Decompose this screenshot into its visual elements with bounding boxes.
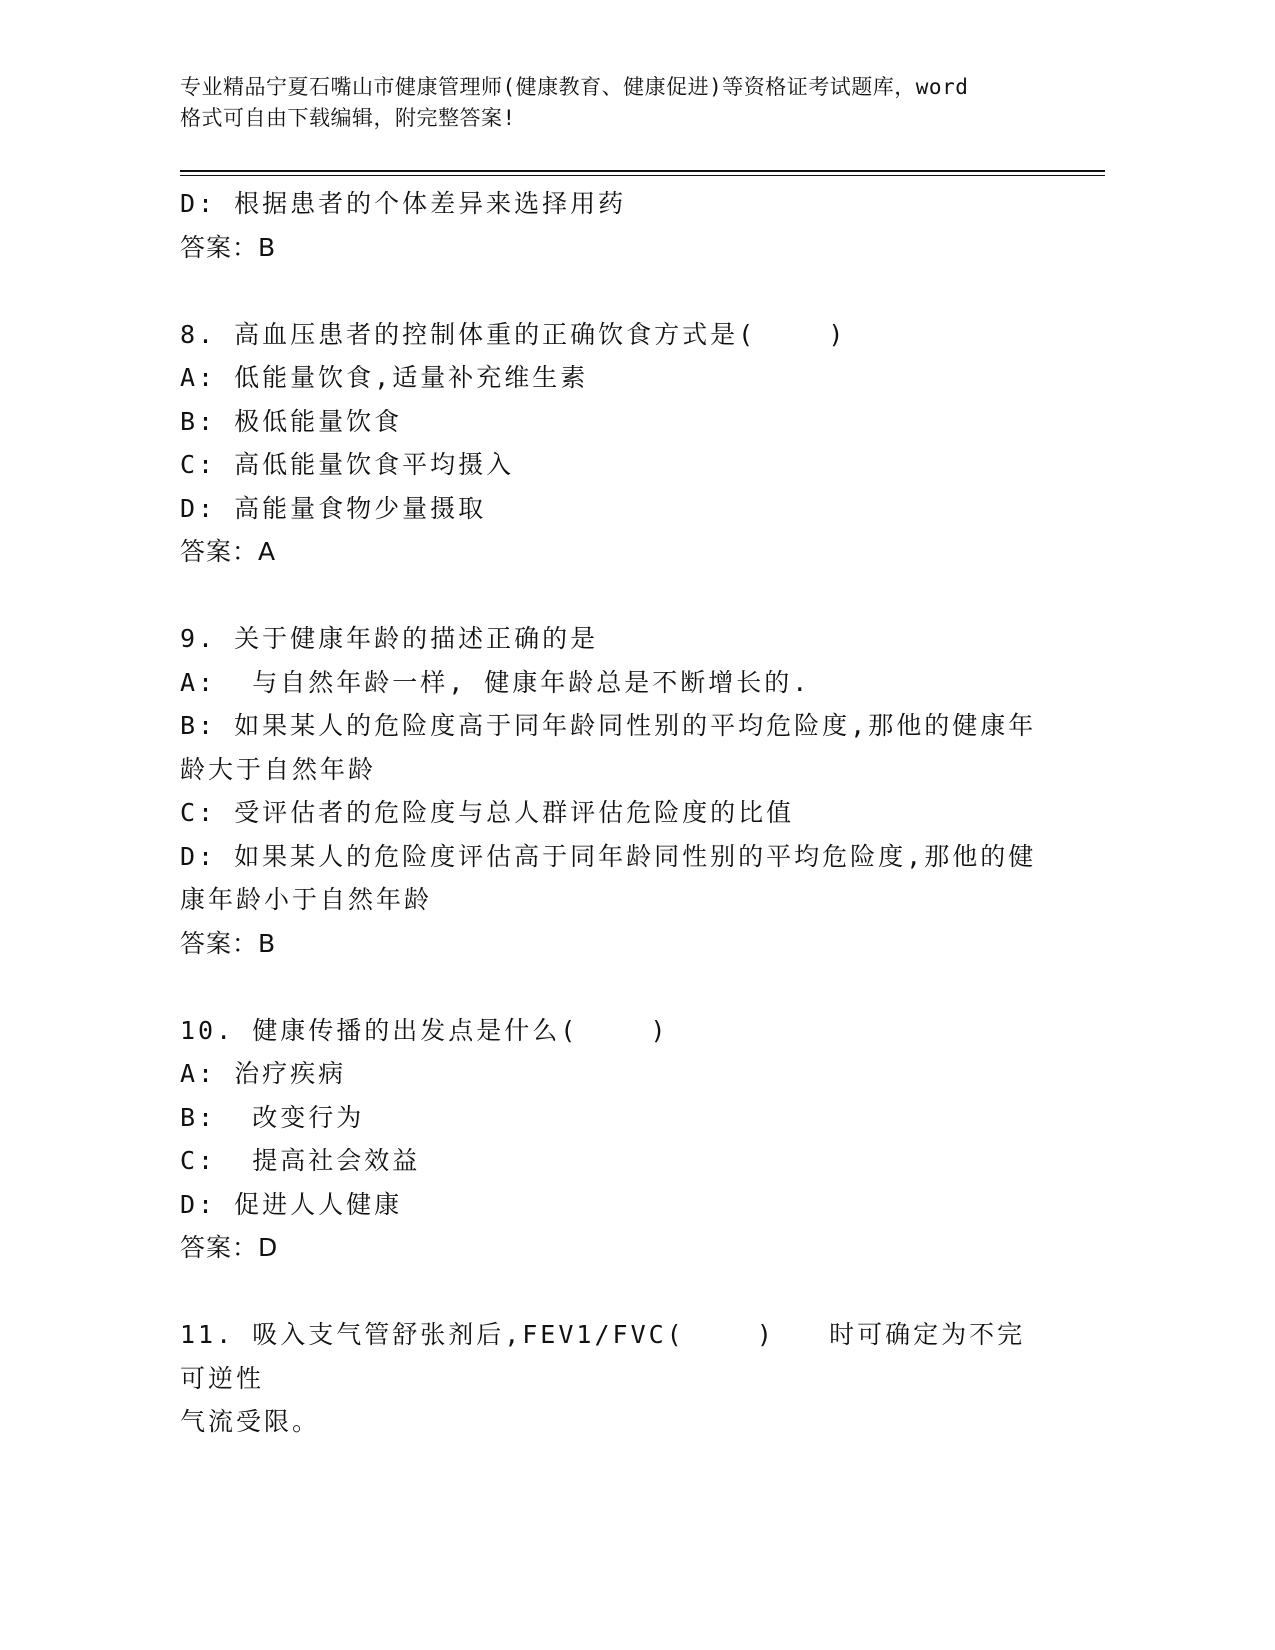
question-text: 8. 高血压患者的控制体重的正确饮食方式是( ) [180,313,1040,357]
header-line-2: 格式可自由下载编辑，附完整答案! [180,103,1060,134]
answer: 答案：B [180,922,1040,966]
header-line-1: 专业精品宁夏石嘴山市健康管理师(健康教育、健康促进)等资格证考试题库，word [180,72,1060,103]
question-text: 9. 关于健康年龄的描述正确的是 [180,617,1040,661]
option-d: D: 促进人人健康 [180,1183,1040,1227]
option-d: D: 高能量食物少量摄取 [180,487,1040,531]
option-a: A: 与自然年龄一样, 健康年龄总是不断增长的. [180,661,1040,705]
document-body: D: 根据患者的个体差异来选择用药 答案：B 8. 高血压患者的控制体重的正确饮… [180,182,1040,1444]
page-header: 专业精品宁夏石嘴山市健康管理师(健康教育、健康促进)等资格证考试题库，word … [180,72,1060,134]
answer: 答案：A [180,530,1040,574]
option-d-line-1: D: 如果某人的危险度评估高于同年龄同性别的平均危险度,那他的健 [180,835,1040,879]
option-b-line-2: 龄大于自然年龄 [180,748,1040,792]
option-b: B: 改变行为 [180,1096,1040,1140]
question-block-8: 8. 高血压患者的控制体重的正确饮食方式是( ) A: 低能量饮食,适量补充维生… [180,313,1040,574]
header-divider-thick [180,170,1105,172]
question-text-line-1: 11. 吸入支气管舒张剂后,FEV1/FVC( ) 时可确定为不完可逆性 [180,1313,1040,1400]
question-block-11: 11. 吸入支气管舒张剂后,FEV1/FVC( ) 时可确定为不完可逆性 气流受… [180,1313,1040,1444]
question-text: 10. 健康传播的出发点是什么( ) [180,1009,1040,1053]
question-text-line-2: 气流受限。 [180,1400,1040,1444]
answer: 答案：D [180,1226,1040,1270]
option-c: C: 高低能量饮食平均摄入 [180,443,1040,487]
option-c: C: 提高社会效益 [180,1139,1040,1183]
option-b: B: 极低能量饮食 [180,400,1040,444]
question-block-prev: D: 根据患者的个体差异来选择用药 答案：B [180,182,1040,269]
option-d: D: 根据患者的个体差异来选择用药 [180,182,1040,226]
option-a: A: 低能量饮食,适量补充维生素 [180,356,1040,400]
option-a: A: 治疗疾病 [180,1052,1040,1096]
option-b-line-1: B: 如果某人的危险度高于同年龄同性别的平均危险度,那他的健康年 [180,704,1040,748]
option-c: C: 受评估者的危险度与总人群评估危险度的比值 [180,791,1040,835]
question-block-9: 9. 关于健康年龄的描述正确的是 A: 与自然年龄一样, 健康年龄总是不断增长的… [180,617,1040,965]
answer: 答案：B [180,226,1040,270]
option-d-line-2: 康年龄小于自然年龄 [180,878,1040,922]
header-divider-thin [180,175,1105,176]
question-block-10: 10. 健康传播的出发点是什么( ) A: 治疗疾病 B: 改变行为 C: 提高… [180,1009,1040,1270]
